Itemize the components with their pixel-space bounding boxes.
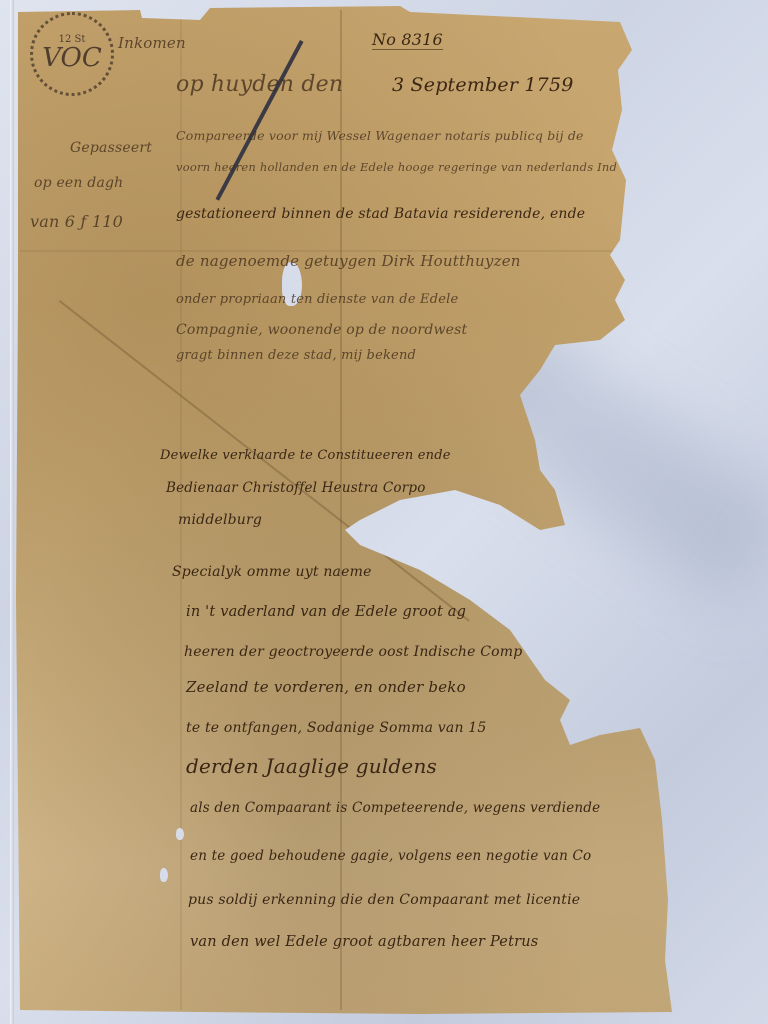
text-line: gragt binnen deze stad, mij bekend <box>176 348 416 363</box>
text-line-emphasis: derden Jaaglige guldens <box>186 754 437 778</box>
opening-phrase: op huyden den <box>176 72 343 97</box>
text-line: middelburg <box>178 512 262 528</box>
tear-slit <box>215 40 303 201</box>
text-line: te te ontfangen, Sodanige Somma van 15 <box>186 720 487 736</box>
text-line: en te goed behoudene gagie, volgens een … <box>190 848 591 864</box>
paper-hole <box>160 868 168 882</box>
text-line: Compareerde voor mij Wessel Wagenaer not… <box>176 128 584 143</box>
text-line: Compagnie, woonende op de noordwest <box>176 322 467 338</box>
header-left-note: Inkomen <box>118 34 186 52</box>
text-line: onder propriaan ten dienste van de Edele <box>176 292 458 307</box>
text-line: voorn heeren hollanden en de Edele hooge… <box>176 160 617 174</box>
document-date: 3 September 1759 <box>392 74 574 96</box>
margin-note-line2: op een dagh <box>34 175 123 191</box>
text-line: als den Compaarant is Competeerende, weg… <box>190 800 600 816</box>
text-line: de nagenoemde getuygen Dirk Houtthuyzen <box>176 252 521 270</box>
text-line: pus soldij erkenning die den Compaarant … <box>188 892 580 908</box>
text-line: Bedienaar Christoffel Heustra Corpo <box>166 480 426 496</box>
text-line: gestationeerd binnen de stad Batavia res… <box>176 206 585 222</box>
text-line: Zeeland te vorderen, en onder beko <box>186 678 466 696</box>
text-line: heeren der geoctroyeerde oost Indische C… <box>184 644 522 660</box>
voc-stamp: 12 St VOC <box>30 12 114 96</box>
document-number: No 8316 <box>372 30 443 50</box>
voc-monogram-icon: VOC <box>42 45 102 71</box>
document-photo: 12 St VOC Inkomen No 8316 op huyden den … <box>0 0 768 1024</box>
margin-note-line1: Gepasseert <box>70 140 152 156</box>
aged-paper: 12 St VOC Inkomen No 8316 op huyden den … <box>0 0 768 1024</box>
text-line: Dewelke verklaarde te Constitueeren ende <box>160 448 451 463</box>
text-line: in 't vaderland van de Edele groot ag <box>186 604 466 620</box>
paper-hole <box>176 828 184 840</box>
text-line: van den wel Edele groot agtbaren heer Pe… <box>190 934 538 950</box>
text-line: Specialyk omme uyt naeme <box>172 564 372 580</box>
margin-note-line3: van 6 ƒ 110 <box>30 212 123 231</box>
